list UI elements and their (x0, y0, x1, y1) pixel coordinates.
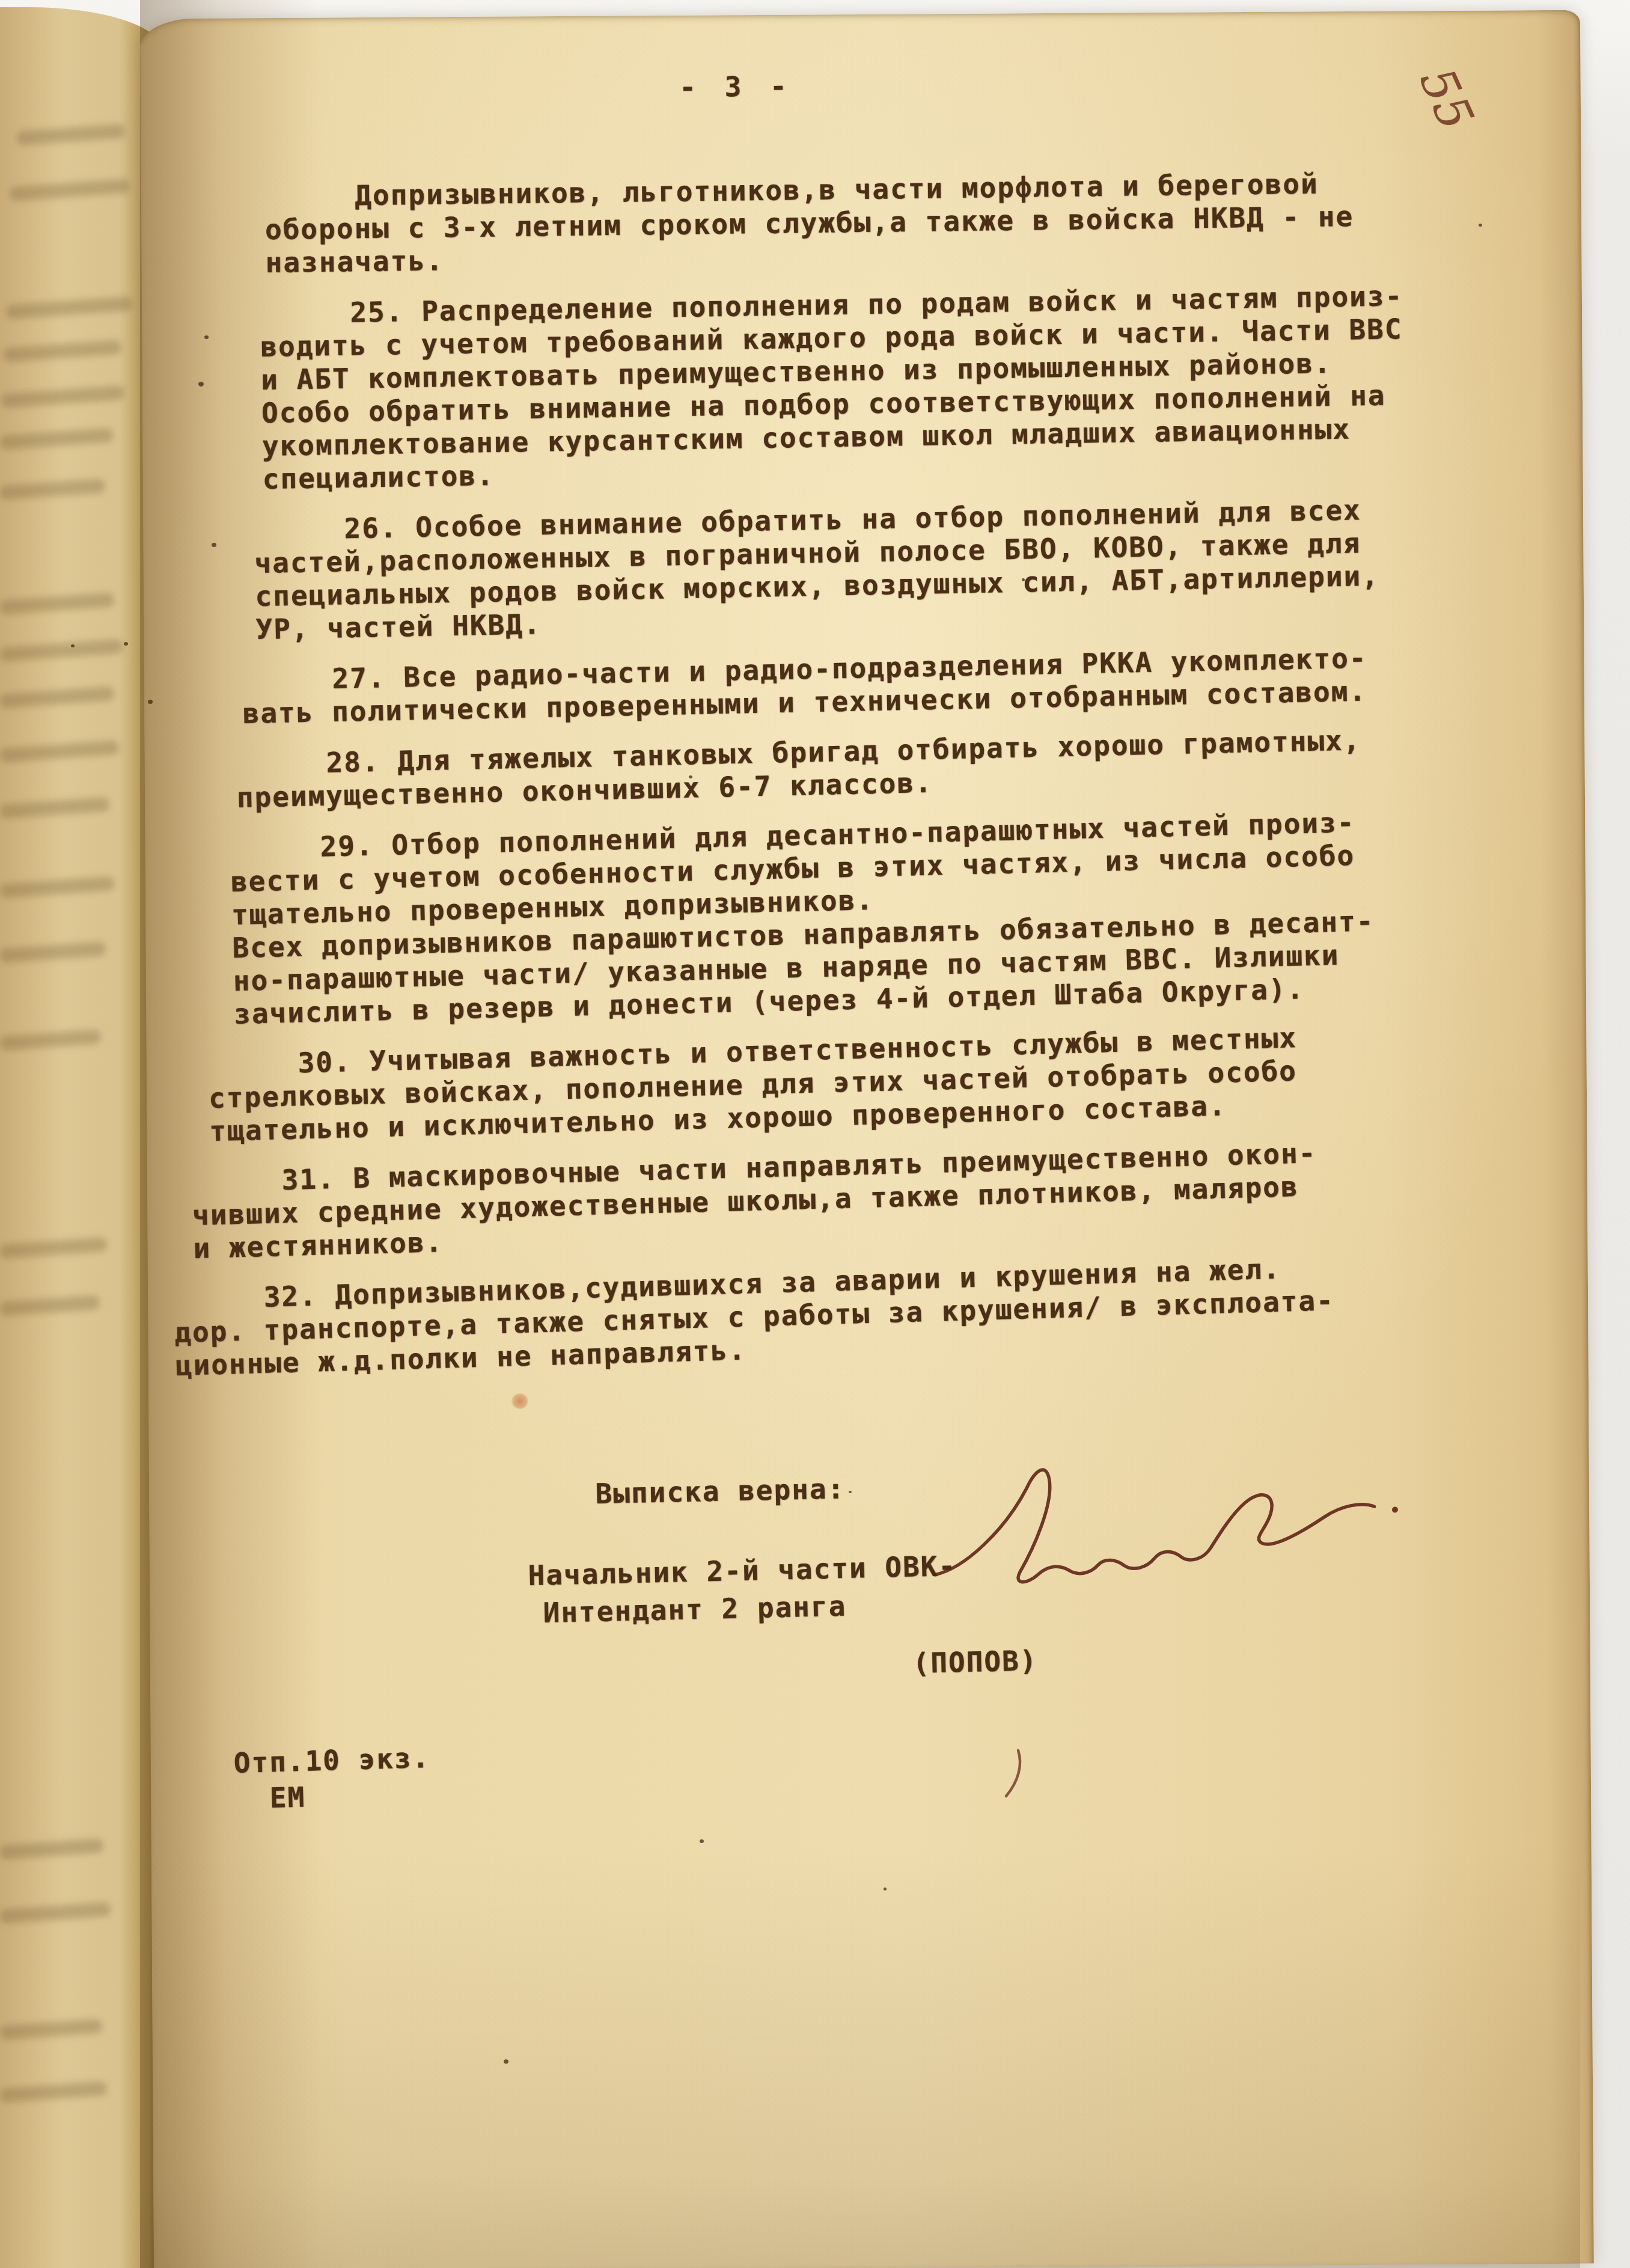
copies-note: Отп.10 экз. (233, 1741, 430, 1780)
ghost-text-line (16, 124, 125, 145)
ghost-text-line (9, 179, 130, 201)
ghost-text-line (0, 941, 106, 963)
ghost-text-line (0, 1237, 108, 1259)
paragraph-continuation: Допризывников, льготников,в части морфло… (264, 166, 1468, 280)
ghost-text-line (0, 740, 120, 763)
paper-speck (884, 1887, 887, 1891)
paragraph-28: 28. Для тяжелых танковых бригад отбирать… (236, 721, 1468, 815)
ghost-text-line (0, 1029, 102, 1051)
ghost-text-line (0, 876, 115, 898)
ghost-text-line (0, 639, 123, 662)
ghost-text-line (0, 1295, 100, 1316)
paper-speck (148, 700, 153, 704)
pen-stroke-mark (1000, 1748, 1036, 1802)
paper-speck (689, 775, 692, 778)
page-number: - 3 - (679, 70, 793, 104)
paper-speck (849, 1491, 852, 1493)
previous-page-edge (0, 7, 161, 2268)
paragraph-26: 26. Особое внимание обратить на отбор по… (254, 492, 1469, 646)
paragraph-32: 32. Допризывников,судившихся за аварии и… (173, 1247, 1469, 1383)
certification-heading: Выписка верна: (595, 1472, 846, 1511)
ghost-text-line (0, 592, 115, 614)
ghost-text-line (0, 1902, 111, 1924)
paragraph-25: 25. Распределение пополнения по родам во… (260, 278, 1470, 495)
signer-name: (ПОПОВ) (912, 1644, 1038, 1680)
paper-speck (124, 642, 128, 646)
signer-title-line2: Интендант 2 ранга (543, 1590, 847, 1630)
paper-speck (204, 335, 209, 339)
typist-initials: ЕМ (269, 1780, 306, 1815)
paragraph-31: 31. В маскировочные части направлять пре… (191, 1132, 1469, 1265)
ghost-text-line (3, 340, 121, 362)
paper-speck (337, 1131, 340, 1134)
document-scan: - 3 - 55 Допризывников, льготников,в час… (0, 0, 1630, 2268)
paper-speck (1479, 224, 1482, 227)
paper-speck (700, 1839, 704, 1843)
paper-speck (198, 382, 204, 387)
ghost-text-line (1, 385, 124, 408)
ghost-text-line (0, 686, 115, 708)
paragraph-29: 29. Отбор пополнений для десантно-парашю… (230, 804, 1471, 1031)
paper-speck (1022, 578, 1025, 581)
ghost-text-line (0, 478, 106, 500)
ghost-text-line (0, 1838, 104, 1860)
body-text: Допризывников, льготников,в части морфло… (264, 180, 1467, 1401)
paper-speck (212, 543, 216, 547)
paragraph-30: 30. Учитывая важность и ответственность … (207, 1017, 1469, 1148)
ghost-text-line (0, 2019, 103, 2040)
ghost-text-line (5, 296, 132, 320)
paper-speck (71, 644, 75, 647)
signature-ink (924, 1432, 1413, 1625)
paper-stain (511, 1393, 529, 1409)
paper-speck (504, 2059, 508, 2064)
ghost-text-line (0, 2081, 108, 2103)
ghost-text-line (0, 427, 114, 450)
ghost-text-line (0, 797, 110, 819)
paragraph-27: 27. Все радио-части и радио-подразделени… (242, 640, 1468, 730)
